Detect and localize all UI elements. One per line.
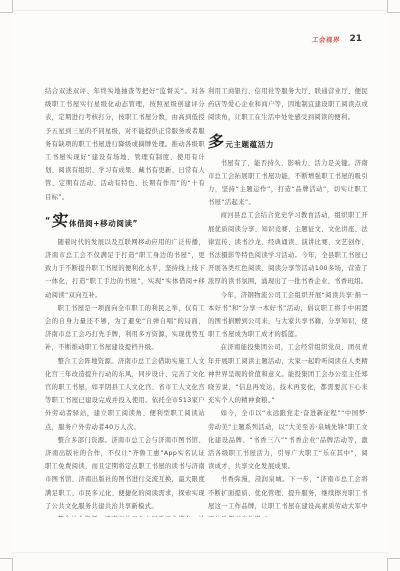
crop-mark-top-left-icon	[0, 0, 13, 13]
trim-line-bottom	[13, 552, 387, 553]
left-column: 结合双述双评、年终实地抽查等把好“监督关”。对各级职工书屋实行星级化动态管理，按…	[45, 85, 205, 517]
paragraph: 商河县总工会结合党史学习教育活动，组织职工开展优质阅读分享、知识竞赛、主题征文、…	[208, 209, 368, 288]
section-heading-shiti-jieyue: “ 实 体借阅+移动阅读”	[45, 213, 205, 229]
section-heading-duoyuan-zhuti: 多 元主题蕴活力	[208, 134, 368, 150]
paragraph-continuation: 利用工商银行、信用社等服务大厅、联通营业厅、便民药店等爱心企业和商户等，因地制宜…	[208, 85, 368, 125]
section-label: 工会视界	[312, 35, 341, 44]
heading-text: 元主题蕴活力	[225, 141, 274, 150]
paragraph: 整合多部门资源。济南市总工会与济南市图书馆、济南出版社的合作，不仅让“齐鲁工惠”…	[45, 434, 205, 513]
paragraph: 书屋有了，能否持久、影响力、活力是关键。济南市总工会拓展职工书屋功能，不断增强职…	[208, 157, 368, 210]
crop-mark-bottom-left-icon	[0, 558, 13, 571]
paragraph: 在济南能投集团公司，工会经常组织党员、团员青年开展职工阅读主题活动，大家一起聆听…	[208, 341, 368, 407]
paragraph-continuation: 结合双述双评、年终实地抽查等把好“监督关”。对各级职工书屋实行星级化动态管理，按…	[45, 85, 205, 204]
paragraph: 职工书屋是一项面向全市职工的利民之举，仅有工会的自身力量还不够，为了避免“自弹自…	[45, 302, 205, 355]
heading-drop-cap: 多	[208, 134, 225, 150]
trim-line-top	[13, 10, 387, 11]
paragraph: 书香弥漫，浸润泉城。下一步，“济南市总工会将不断扩面提质、优化管理、提升服务，继…	[208, 473, 368, 517]
page-header: 工会视界 21	[312, 34, 362, 44]
paragraph: 随着时代的发展以及互联网移动应用的广泛传播，济南市总工会不仅满足于打造“职工身边…	[45, 236, 205, 302]
paragraph: 今年，济钢物流公司工会组织开展“阅读共享·捐一本好书”和“分享一本好书”活动，倡…	[208, 289, 368, 342]
magazine-page: 工会视界 21 结合双述双评、年终实地抽查等把好“监督关”。对各级职工书屋实行星…	[0, 0, 400, 571]
paragraph: 整合工会阵地资源。济南市总工会借助实施工人文化宫三年改造提升行动的东风，同步设计…	[45, 355, 205, 434]
heading-text: 体借阅+移动阅读”	[69, 220, 138, 229]
crop-mark-top-right-icon	[387, 0, 400, 13]
paragraph: 如今，全市以“永远跟党走·奋进新征程”“中国梦·劳动美”主题系列活动，以“大美至…	[208, 407, 368, 473]
page-number: 21	[349, 34, 362, 44]
crop-mark-bottom-right-icon	[387, 558, 400, 571]
heading-drop-cap: 实	[51, 213, 69, 229]
heading-open-quote: “	[45, 217, 51, 229]
right-column: 利用工商银行、信用社等服务大厅、联通营业厅、便民药店等爱心企业和商户等，因地制宜…	[208, 85, 368, 517]
paragraph: 整合社会资源。济南市总工会立足于工会搭台、社会各界积极参与的方式共同搭建职工阅读…	[45, 513, 205, 517]
